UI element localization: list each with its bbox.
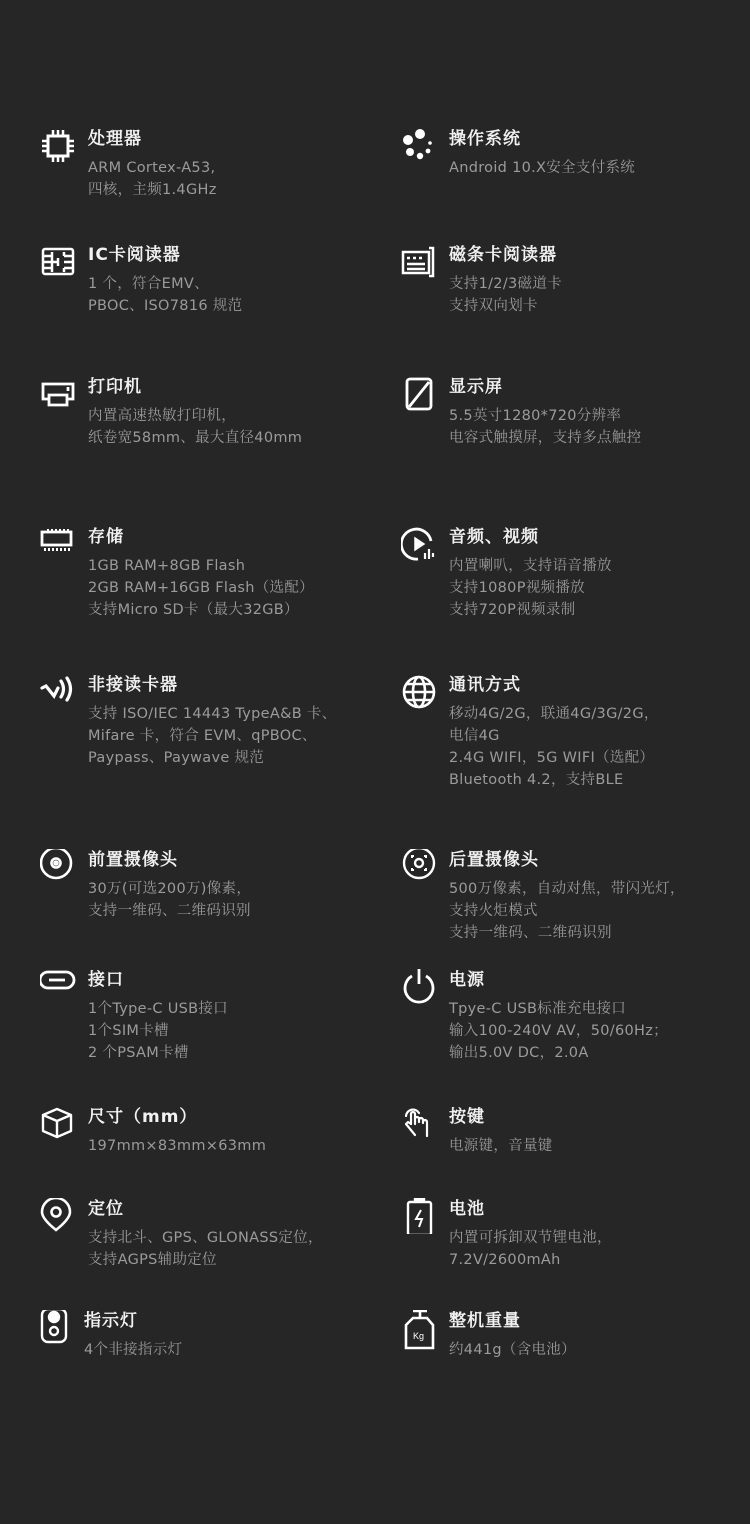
spec-description: 5.5英寸1280*720分辨率电容式触摸屏，支持多点触控 [449, 405, 641, 449]
spec-title: 整机重量 [449, 1310, 521, 1332]
cube-icon [40, 1106, 76, 1142]
spec-description: 1个Type-C USB接口1个SIM卡槽2 个PSAM卡槽 [88, 998, 228, 1064]
spec-title: 存储 [88, 526, 124, 548]
display-icon [401, 376, 437, 412]
spec-description: 197mm×83mm×63mm [88, 1135, 266, 1157]
battery-icon [401, 1198, 437, 1234]
rear-camera-icon [401, 849, 437, 885]
indicator-light-icon [40, 1310, 76, 1346]
spec-title: 后置摄像头 [449, 849, 539, 871]
spec-description: 500万像素，自动对焦，带闪光灯，支持火炬模式支持一维码、二维码识别 [449, 878, 685, 944]
spec-description: 支持 ISO/IEC 14443 TypeA&B 卡、Mifare 卡，符合 E… [88, 703, 336, 769]
location-pin-icon [40, 1198, 76, 1234]
spec-title: 显示屏 [449, 376, 503, 398]
usb-c-port-icon [40, 969, 76, 1005]
spec-description: 电源键，音量键 [449, 1135, 553, 1157]
spec-title: 电池 [449, 1198, 485, 1220]
power-icon [401, 969, 437, 1005]
cpu-icon [40, 128, 76, 164]
spec-description: 1 个，符合EMV、PBOC、ISO7816 规范 [88, 273, 242, 317]
spec-title: 指示灯 [84, 1310, 138, 1332]
spec-title: 前置摄像头 [88, 849, 178, 871]
spec-description: ARM Cortex-A53,四核，主频1.4GHz [88, 157, 217, 201]
weight-kg-icon: Kg [401, 1310, 441, 1346]
globe-icon [401, 674, 437, 710]
spec-description: 内置可拆卸双节锂电池，7.2V/2600mAh [449, 1227, 612, 1271]
memory-icon [40, 526, 76, 562]
spec-description: 支持1/2/3磁道卡支持双向划卡 [449, 273, 562, 317]
spec-description: 支持北斗、GPS、GLONASS定位，支持AGPS辅助定位 [88, 1227, 323, 1271]
audio-video-icon [401, 526, 437, 562]
spec-title: 操作系统 [449, 128, 521, 150]
spec-description: Android 10.X安全支付系统 [449, 157, 635, 179]
nfc-icon [40, 674, 76, 710]
weight-icon-label: Kg [413, 1331, 424, 1341]
spec-title: 非接读卡器 [88, 674, 178, 696]
spec-title: 按键 [449, 1106, 485, 1128]
spec-title: 接口 [88, 969, 124, 991]
spec-description: 1GB RAM+8GB Flash2GB RAM+16GB Flash（选配）支… [88, 555, 314, 621]
spec-title: 电源 [449, 969, 485, 991]
printer-icon [40, 376, 76, 412]
ic-chip-icon [40, 244, 76, 280]
spec-title: 尺寸（mm） [88, 1106, 197, 1128]
spec-title: 打印机 [88, 376, 142, 398]
spec-title: 定位 [88, 1198, 124, 1220]
spec-description: 移动4G/2G，联通4G/3G/2G，电信4G2.4G WIFI，5G WIFI… [449, 703, 659, 791]
os-dots-icon [401, 128, 437, 164]
spec-description: 约441g（含电池） [449, 1339, 576, 1361]
magstripe-card-icon [401, 244, 437, 280]
spec-description: Tpye-C USB标准充电接口输入100-240V AV，50/60Hz；输出… [449, 998, 668, 1064]
spec-title: 磁条卡阅读器 [449, 244, 557, 266]
spec-title: 处理器 [88, 128, 142, 150]
front-camera-icon [40, 849, 76, 885]
spec-description: 30万(可选200万)像素，支持一维码、二维码识别 [88, 878, 251, 922]
spec-description: 4个非接指示灯 [84, 1339, 182, 1361]
spec-title: 音频、视频 [449, 526, 539, 548]
spec-title: IC卡阅读器 [88, 244, 181, 266]
spec-title: 通讯方式 [449, 674, 521, 696]
spec-description: 内置喇叭，支持语音播放支持1080P视频播放支持720P视频录制 [449, 555, 612, 621]
spec-description: 内置高速热敏打印机，纸卷宽58mm、最大直径40mm [88, 405, 302, 449]
hand-tap-icon [401, 1106, 437, 1142]
